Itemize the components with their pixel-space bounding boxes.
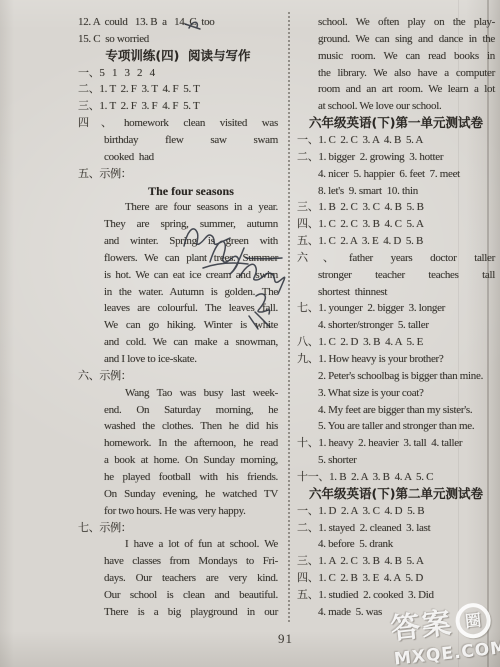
answer-text-line: 十一、1. B 2. A 3. B 4. A 5. C bbox=[297, 470, 433, 484]
answer-text-line: 六、father years doctor taller bbox=[297, 251, 495, 265]
page-number: 91 bbox=[278, 631, 293, 647]
answer-text-line: 三、1. A 2. C 3. B 4. B 5. A bbox=[297, 554, 424, 568]
answer-text-line: 五、1. studied 2. cooked 3. Did bbox=[297, 588, 434, 602]
answer-text-line: 一、5 1 3 2 4 bbox=[78, 66, 155, 80]
answer-text-line: 4. made 5. was bbox=[318, 605, 382, 619]
answer-text-line: homework. In the afternoon, he read bbox=[104, 436, 278, 450]
section-title: 六年级英语(下)第一单元测试卷 bbox=[297, 116, 495, 130]
answer-text-line: and cold. We can make a snowman, bbox=[104, 335, 278, 349]
column-divider bbox=[288, 12, 290, 622]
section-title: The four seasons bbox=[104, 184, 278, 198]
answer-text-line: 三、1. T 2. F 3. F 4. F 5. T bbox=[78, 99, 199, 113]
answer-text-line: leaves are colourful. The leaves fall. bbox=[104, 301, 278, 315]
answer-text-line: 5. You are taller and stronger than me. bbox=[318, 419, 474, 433]
watermark-badge-char: 圈 bbox=[464, 612, 482, 630]
answer-text-line: 3. What size is your coat? bbox=[318, 386, 424, 400]
watermark-circle-badge-icon: 圈 bbox=[454, 601, 492, 639]
answer-text-line: 十、1. heavy 2. heavier 3. tall 4. taller bbox=[297, 436, 462, 450]
answer-text-line: school. We often play on the play- bbox=[318, 15, 495, 29]
book-page-photo: 12. A could 13. B a 14. C too15. C so wo… bbox=[0, 0, 500, 667]
answer-text-line: 4. shorter/stronger 5. taller bbox=[318, 318, 429, 332]
answer-text-line: 九、1. How heavy is your brother? bbox=[297, 352, 444, 366]
answer-text-line: 五、1. C 2. A 3. E 4. D 5. B bbox=[297, 234, 423, 248]
answer-text-line: 2. Peter's schoolbag is bigger than mine… bbox=[318, 369, 483, 383]
answer-text-line: 二、1. T 2. F 3. T 4. F 5. T bbox=[78, 82, 200, 96]
answer-text-line: 二、1. stayed 2. cleaned 3. last bbox=[297, 521, 430, 535]
answer-text-line: 四、homework clean visited was bbox=[78, 116, 278, 130]
answer-text-line: is hot. We can eat ice cream and swim bbox=[104, 268, 278, 282]
answer-text-line: On Sunday evening, he watched TV bbox=[104, 487, 278, 501]
answer-text-line: cooked had bbox=[104, 150, 154, 164]
answer-text-line: end. On Saturday morning, he bbox=[104, 403, 278, 417]
answer-text-line: and I love to ice-skate. bbox=[104, 352, 197, 366]
answer-text-line: 4. before 5. drank bbox=[318, 537, 393, 551]
answer-text-line: There are four seasons in a year. bbox=[125, 200, 278, 214]
answer-text-line: room and an art room. We learn a lot bbox=[318, 82, 495, 96]
answer-text-line: 六、示例： bbox=[78, 369, 132, 383]
section-title: 专项训练(四) 阅读与写作 bbox=[78, 49, 278, 63]
answer-text-line: There is a big playground in our bbox=[104, 605, 278, 619]
answer-text-line: 五、示例： bbox=[78, 167, 132, 181]
answer-text-line: 4. nicer 5. happier 6. feet 7. meet bbox=[318, 167, 460, 181]
answer-text-line: 二、1. bigger 2. growing 3. hotter bbox=[297, 150, 443, 164]
answer-text-line: ground. We can sing and dance in the bbox=[318, 32, 495, 46]
answer-text-line: 12. A could 13. B a 14. C too bbox=[78, 15, 214, 29]
answer-text-line: at school. We love our school. bbox=[318, 99, 441, 113]
answer-text-line: in the water. Autumn is golden. The bbox=[104, 285, 278, 299]
watermark-brand-text: 答案 bbox=[390, 608, 455, 643]
answer-text-line: stronger teacher teaches tall bbox=[318, 268, 495, 282]
answer-text-line: 四、1. C 2. B 3. E 4. A 5. D bbox=[297, 571, 423, 585]
answer-text-line: music room. We can read books in bbox=[318, 49, 495, 63]
left-answer-column: 12. A could 13. B a 14. C too15. C so wo… bbox=[78, 0, 278, 667]
answer-text-line: and winter. Spring is green with bbox=[104, 234, 278, 248]
answer-text-line: 七、示例： bbox=[78, 521, 132, 535]
answer-text-line: They are spring, summer, autumn bbox=[104, 217, 278, 231]
answer-text-line: I have a lot of fun at school. We bbox=[125, 537, 278, 551]
answer-text-line: 8. let's 9. smart 10. thin bbox=[318, 184, 418, 198]
answer-text-line: 一、1. D 2. A 3. C 4. D 5. B bbox=[297, 504, 424, 518]
answer-text-line: birthday flew saw swam bbox=[104, 133, 278, 147]
answer-text-line: 七、1. younger 2. bigger 3. longer bbox=[297, 301, 445, 315]
answer-text-line: the library. We also have a computer bbox=[318, 66, 495, 80]
answer-text-line: Our school is clean and beautiful. bbox=[104, 588, 278, 602]
answer-text-line: have classes from Mondays to Fri- bbox=[104, 554, 278, 568]
answer-text-line: washed the clothes. Then he did his bbox=[104, 419, 278, 433]
answer-text-line: 四、1. C 2. C 3. B 4. C 5. A bbox=[297, 217, 424, 231]
answer-text-line: for two hours. He was very happy. bbox=[104, 504, 246, 518]
answer-text-line: flowers. We can plant trees. Summer bbox=[104, 251, 278, 265]
answer-text-line: 15. C so worried bbox=[78, 32, 149, 46]
answer-text-line: days. Our teachers are very kind. bbox=[104, 571, 278, 585]
answer-text-line: 5. shorter bbox=[318, 453, 357, 467]
answer-text-line: a book at home. On Sunday morning, bbox=[104, 453, 278, 467]
answer-text-line: 一、1. C 2. C 3. A 4. B 5. A bbox=[297, 133, 423, 147]
right-answer-column: school. We often play on the play-ground… bbox=[297, 0, 495, 667]
answer-text-line: 三、1. B 2. C 3. C 4. B 5. B bbox=[297, 200, 424, 214]
answer-text-line: he played football with his friends. bbox=[104, 470, 278, 484]
answer-text-line: 八、1. C 2. D 3. B 4. A 5. E bbox=[297, 335, 423, 349]
answer-text-line: shortest thinnest bbox=[318, 285, 387, 299]
answer-text-line: We can go hiking. Winter is white bbox=[104, 318, 278, 332]
answer-text-line: 4. My feet are bigger than my sister's. bbox=[318, 403, 472, 417]
answer-text-line: Wang Tao was busy last week- bbox=[125, 386, 278, 400]
watermark-logo: 答案 圈 MXQE.COM bbox=[389, 600, 500, 667]
section-title: 六年级英语(下)第二单元测试卷 bbox=[297, 487, 495, 501]
